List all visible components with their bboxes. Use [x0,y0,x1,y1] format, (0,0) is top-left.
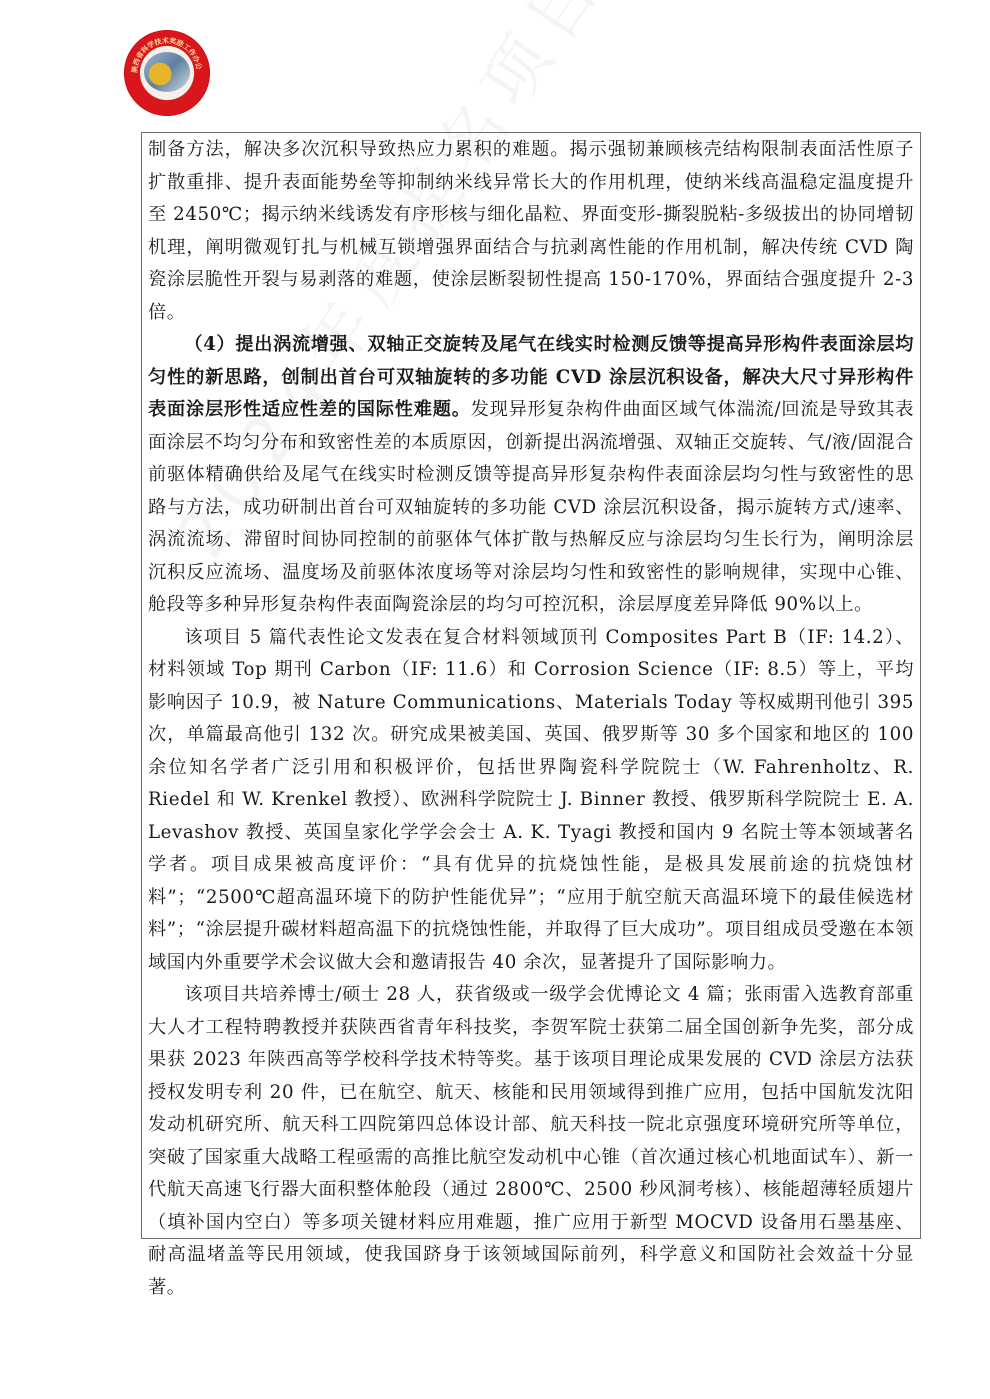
svg-text:陕西省科学技术奖励工作办公室: 陕西省科学技术奖励工作办公室 [124,30,203,73]
paragraph-4-text: 该项目共培养博士/硕士 28 人，获省级或一级学会优博论文 4 篇；张雨雷入选教… [148,984,914,1298]
paragraph-3: 该项目 5 篇代表性论文发表在复合材料领域顶刊 Composites Part … [148,622,914,980]
paragraph-2: （4）提出涡流增强、双轴正交旋转及尾气在线实时检测反馈等提高异形构件表面涂层均匀… [148,329,914,622]
organization-seal-icon: 陕西省科学技术奖励工作办公室 [124,30,210,116]
paragraph-1: 制备方法，解决多次沉积导致热应力累积的难题。揭示强韧兼顾核壳结构限制表面活性原子… [148,134,914,329]
seal-ring-text: 陕西省科学技术奖励工作办公室 [124,30,210,116]
document-body: 制备方法，解决多次沉积导致热应力累积的难题。揭示强韧兼顾核壳结构限制表面活性原子… [148,134,914,1304]
paragraph-4: 该项目共培养博士/硕士 28 人，获省级或一级学会优博论文 4 篇；张雨雷入选教… [148,979,914,1304]
paragraph-1-text: 制备方法，解决多次沉积导致热应力累积的难题。揭示强韧兼顾核壳结构限制表面活性原子… [148,139,914,323]
paragraph-3-text: 该项目 5 篇代表性论文发表在复合材料领域顶刊 Composites Part … [148,627,914,973]
paragraph-2-text: 发现异形复杂构件曲面区域气体湍流/回流是导致其表面涂层不均匀分布和致密性差的本质… [148,399,914,615]
